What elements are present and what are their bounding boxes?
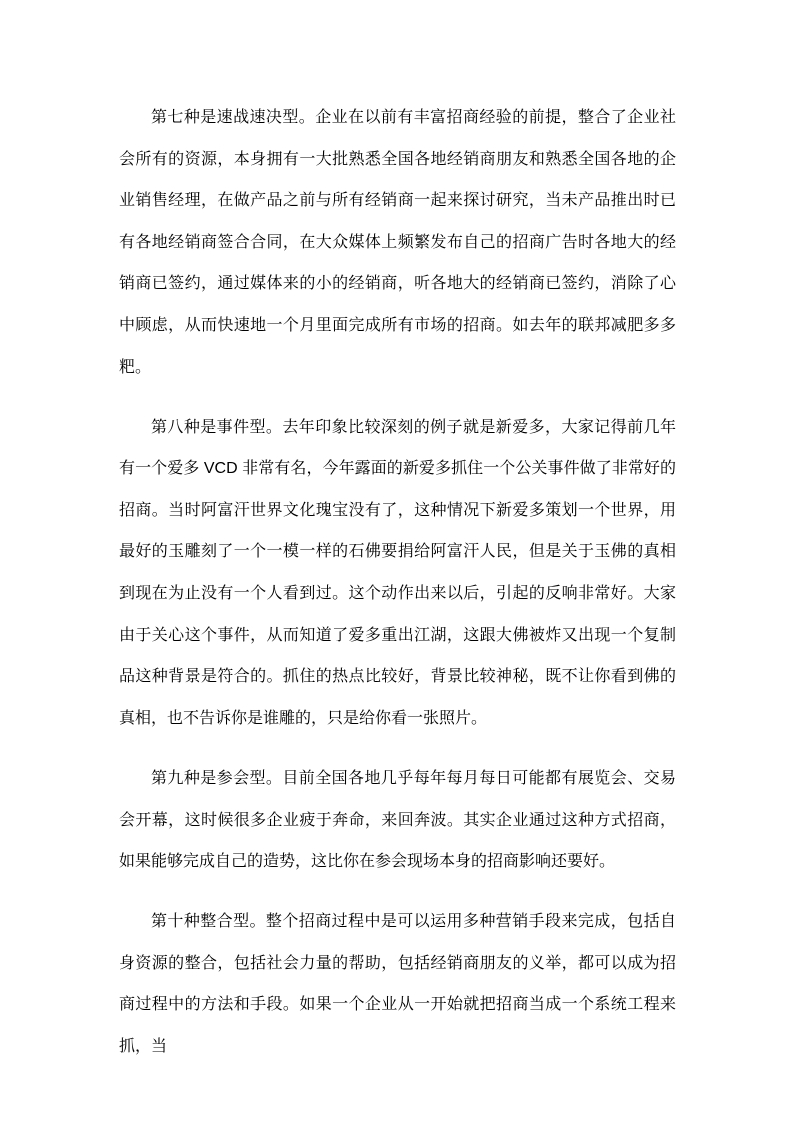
paragraph-method-eight: 第八种是事件型。去年印象比较深刻的例子就是新爱多，大家记得前几年有一个爱多 VC… bbox=[119, 407, 676, 740]
document-page: 第七种是速战速决型。企业在以前有丰富招商经验的前提，整合了企业社会所有的资源，本… bbox=[0, 0, 793, 1122]
paragraph-method-seven: 第七种是速战速决型。企业在以前有丰富招商经验的前提，整合了企业社会所有的资源，本… bbox=[119, 97, 676, 388]
paragraph-method-nine: 第九种是参会型。目前全国各地几乎每年每月每日可能都有展览会、交易会开幕，这时候很… bbox=[119, 758, 676, 883]
paragraph-method-ten: 第十种整合型。整个招商过程中是可以运用多种营销手段来完成，包括自身资源的整合，包… bbox=[119, 901, 676, 1067]
